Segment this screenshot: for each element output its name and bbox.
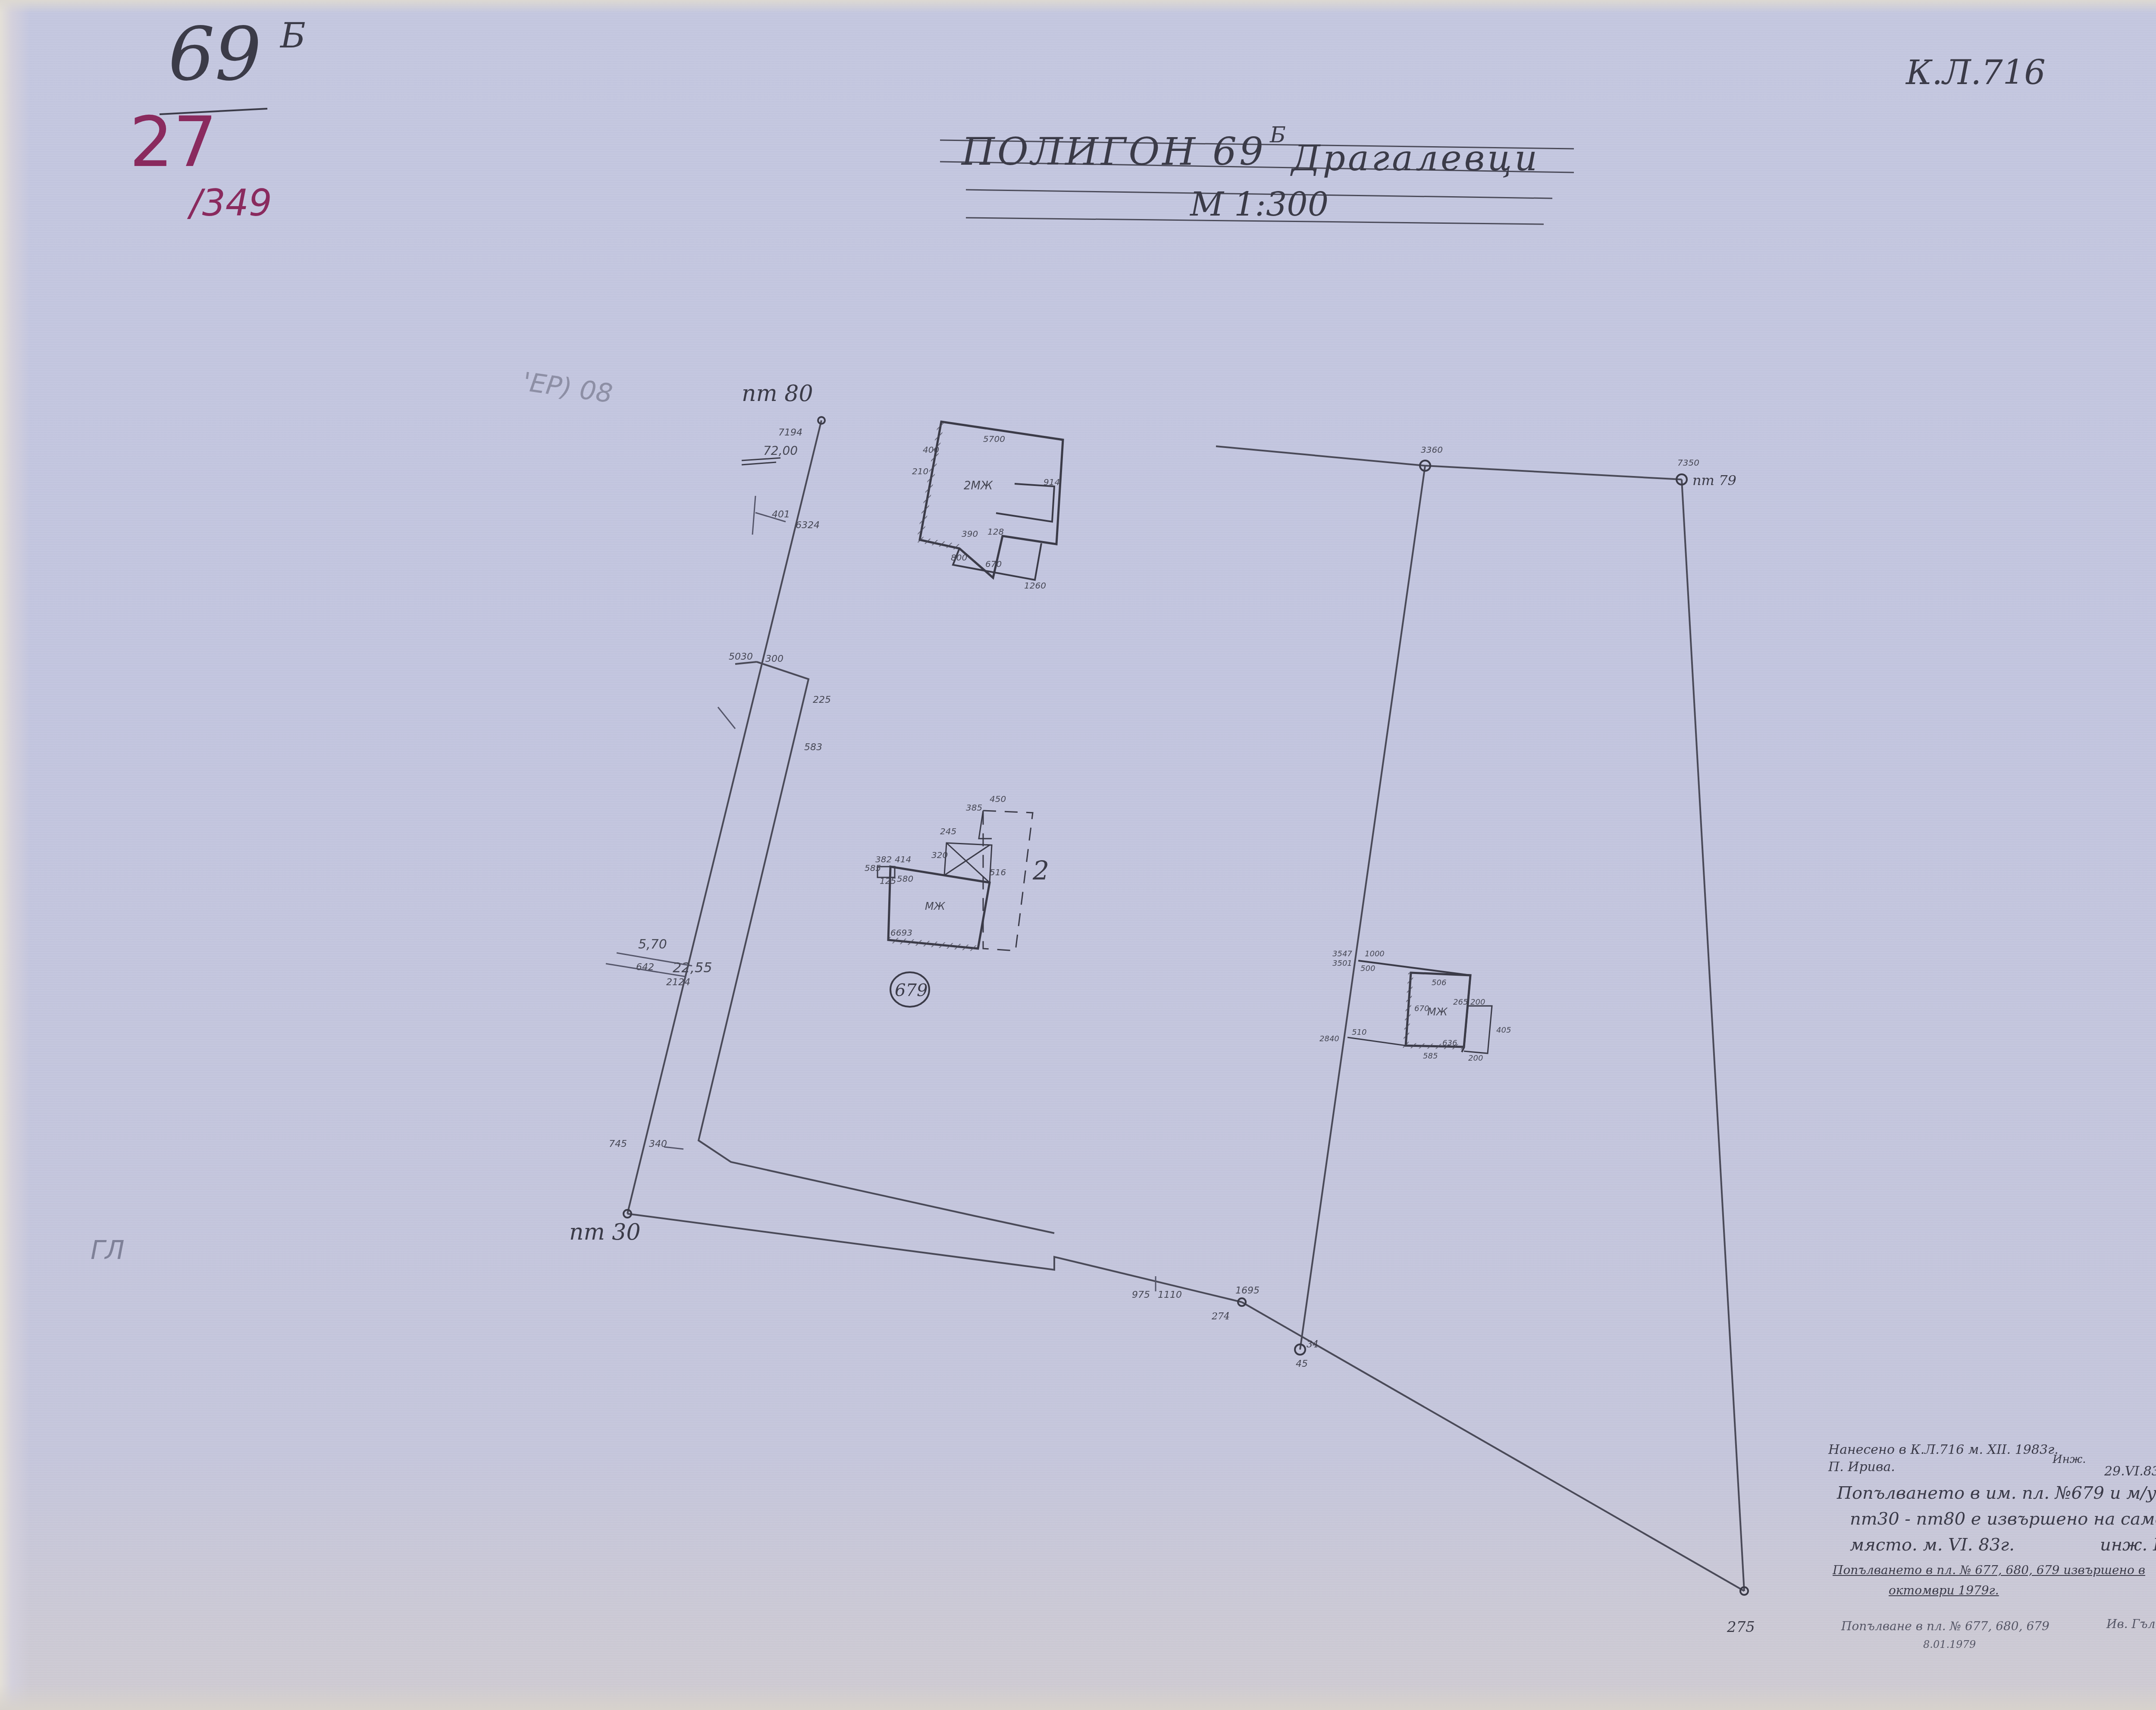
note-line7-signer: Ив. Гълъбов	[2106, 1617, 2156, 1631]
note-line1-signer: П. Ирива.	[1828, 1459, 1895, 1475]
title-scale: М 1:300	[1189, 185, 1329, 223]
svg-text:1260: 1260	[1024, 580, 1046, 591]
svg-text:414: 414	[895, 854, 911, 864]
svg-text:45: 45	[1296, 1359, 1308, 1369]
svg-text:914: 914	[1044, 477, 1060, 487]
catalog-number: 69	[168, 12, 261, 97]
note-line7-date: 8.01.1979	[1923, 1638, 1976, 1650]
note-line3: пт30 - пт80 е извършено на самото	[1850, 1509, 2156, 1529]
svg-text:642: 642	[636, 962, 654, 973]
svg-text:22,55: 22,55	[673, 959, 712, 976]
svg-text:405: 405	[1496, 1026, 1511, 1035]
svg-text:3501: 3501	[1332, 959, 1352, 968]
note-line6: октомври 1979г.	[1889, 1583, 1999, 1597]
svg-text:200: 200	[1468, 1054, 1483, 1063]
svg-text:636: 636	[1442, 1039, 1457, 1048]
svg-text:3360: 3360	[1421, 445, 1443, 455]
note-line4-signer: инж. В. Колева	[2100, 1535, 2156, 1555]
svg-text:401: 401	[772, 509, 790, 520]
note-line5: Попълването в пл. № 677, 680, 679 извърш…	[1833, 1563, 2145, 1577]
survey-lines	[627, 420, 1744, 1591]
svg-text:72,00: 72,00	[763, 444, 798, 458]
svg-text:3547: 3547	[1332, 949, 1352, 958]
label-pt30: пт 30	[569, 1219, 641, 1245]
svg-text:385: 385	[966, 802, 982, 813]
svg-text:6324: 6324	[796, 520, 820, 531]
building-parcel-679: 679 2 МЖ 450 385 245 320 580 585 382 125…	[865, 794, 1049, 1007]
note-line4: място. м. VI. 83г.	[1850, 1535, 2015, 1555]
svg-text:1000: 1000	[1365, 949, 1385, 958]
archive-sub: /349	[187, 182, 272, 225]
svg-text:125: 125	[880, 876, 896, 886]
svg-text:210: 210	[912, 466, 928, 476]
svg-text:МЖ: МЖ	[1427, 1006, 1448, 1018]
title-superscript: Б	[1269, 122, 1286, 147]
svg-text:516: 516	[990, 867, 1006, 877]
title-locality: Драгалевци	[1290, 138, 1537, 179]
svg-text:340: 340	[649, 1139, 667, 1149]
svg-text:382: 382	[875, 854, 892, 864]
survey-point-markers	[624, 417, 1748, 1595]
svg-text:390: 390	[962, 529, 978, 539]
margin-annotation: ГЛ	[91, 1235, 125, 1265]
title-main: ПОЛИГОН 69	[961, 129, 1263, 174]
svg-text:МЖ: МЖ	[925, 900, 946, 912]
label-pt275: 275	[1727, 1619, 1755, 1636]
svg-text:200: 200	[1470, 998, 1485, 1007]
svg-text:510: 510	[1352, 1028, 1366, 1037]
title-block: ПОЛИГОН 69 Б Драгалевци М 1:300	[940, 122, 1574, 224]
sheet-number-block: 69 Б 27 /349	[129, 12, 306, 225]
label-pt34: 34	[1307, 1339, 1319, 1350]
note-line1-date: 29.VI.83	[2104, 1464, 2156, 1479]
svg-text:583: 583	[804, 742, 822, 753]
note-line1: Нанесено в К.Л.716 м. XII. 1983г.	[1828, 1442, 2059, 1457]
svg-text:6693: 6693	[890, 927, 912, 938]
svg-text:585: 585	[1423, 1052, 1438, 1061]
svg-text:2МЖ: 2МЖ	[964, 479, 993, 492]
offset-lines	[606, 496, 1156, 1291]
note-line7: Попълване в пл. № 677, 680, 679	[1841, 1619, 2049, 1633]
survey-point-labels: пт 80 пт 30 пт 79 275 274 34	[569, 381, 1755, 1636]
label-pt80: пт 80	[742, 381, 813, 407]
note-line1-sign: Инж.	[2053, 1453, 2086, 1466]
svg-text:745: 745	[609, 1139, 627, 1149]
svg-text:670: 670	[985, 559, 1002, 569]
map-sheet-reference: К.Л.716	[1905, 53, 2046, 92]
svg-text:2840: 2840	[1319, 1034, 1339, 1043]
svg-text:1110: 1110	[1158, 1290, 1182, 1300]
svg-text:800: 800	[951, 552, 967, 563]
parcel-number: 679	[895, 980, 928, 1000]
label-pt79: пт 79	[1692, 472, 1736, 489]
annex-mark: 2	[1032, 856, 1049, 886]
svg-text:5700: 5700	[983, 434, 1005, 444]
pencil-annotation: 'ЕР) 08	[521, 367, 614, 409]
svg-text:5,70: 5,70	[638, 937, 667, 952]
svg-text:7194: 7194	[778, 427, 802, 438]
svg-text:670: 670	[1414, 1004, 1429, 1013]
label-pt274: 274	[1211, 1311, 1230, 1322]
note-line2: Попълването в им. пл. №679 и м/у	[1837, 1483, 2156, 1503]
svg-text:975: 975	[1132, 1290, 1150, 1300]
svg-text:320: 320	[931, 850, 948, 860]
svg-text:500: 500	[1360, 964, 1375, 973]
svg-text:5030: 5030	[729, 651, 753, 662]
archive-number: 27	[129, 102, 217, 182]
measurement-labels: 7194 72,00 401 6324 5030 300 225 583 5,7…	[609, 427, 1699, 1369]
svg-text:506: 506	[1432, 978, 1446, 987]
svg-text:450: 450	[990, 794, 1006, 804]
svg-text:1695: 1695	[1235, 1285, 1260, 1296]
svg-text:245: 245	[940, 826, 956, 836]
svg-text:300: 300	[765, 654, 783, 664]
svg-text:7350: 7350	[1677, 457, 1699, 468]
building-north: 2МЖ 5700 400 210 914 390 128 800 670 126…	[912, 422, 1063, 591]
svg-text:265: 265	[1453, 998, 1468, 1007]
catalog-suffix: Б	[279, 16, 306, 56]
svg-text:128: 128	[987, 526, 1004, 537]
svg-text:580: 580	[897, 874, 913, 884]
svg-text:400: 400	[923, 445, 939, 455]
svg-text:2124: 2124	[666, 977, 690, 988]
svg-text:225: 225	[813, 695, 831, 705]
